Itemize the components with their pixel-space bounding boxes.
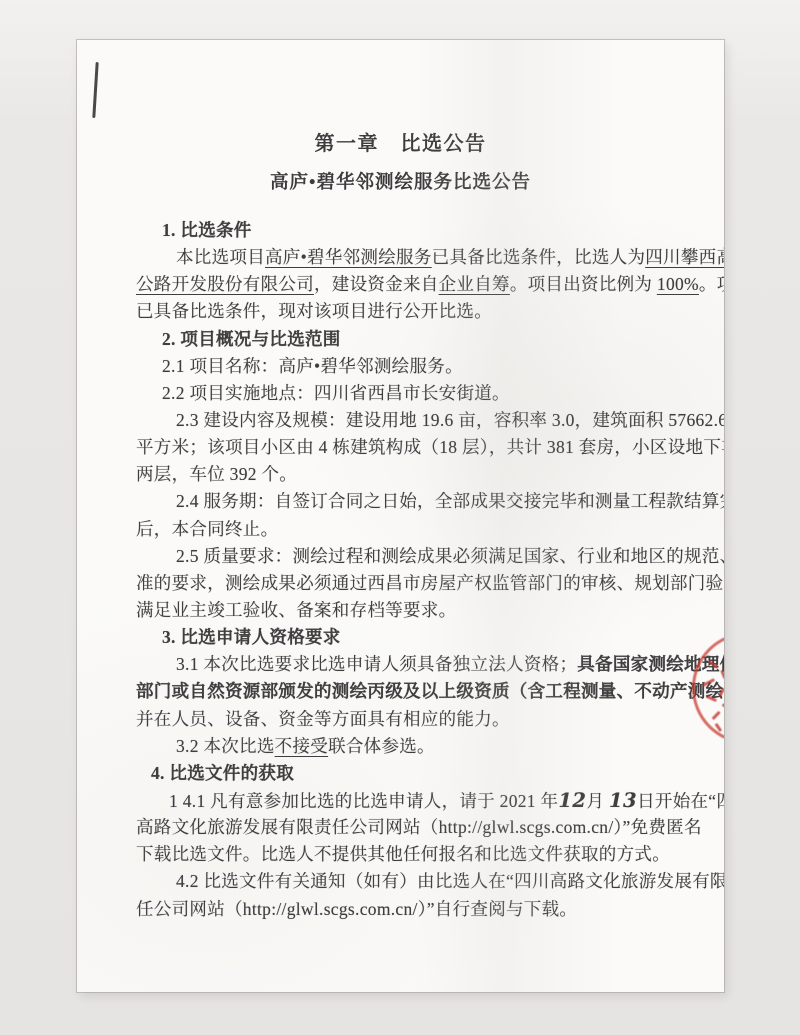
seal-glyph-mark	[708, 660, 718, 669]
text-segment: 高路文化旅游发展有限责任公司网站（http://glwl.scgs.com.cn…	[136, 817, 702, 837]
text-segment: 准的要求，测绘成果必须通过西昌市房屋产权监管部门的审核、规划部门验收，	[136, 573, 724, 593]
text-line: 本比选项目高庐•碧华邻测绘服务已具备比选条件，比选人为四川攀西高速	[136, 244, 696, 271]
text-segment: 平方米；该项目小区由 4 栋建筑构成（18 层），共计 381 套房，小区设地下…	[136, 437, 724, 457]
text-line: 1. 比选条件	[136, 217, 696, 244]
text-segment: 3.1 本次比选要求比选申请人须具备独立法人资格；	[176, 654, 577, 674]
seal-glyph-mark	[721, 670, 724, 679]
text-segment: 1. 比选条件	[162, 220, 252, 240]
scan-background: 第一章 比选公告 高庐•碧华邻测绘服务比选公告 1. 比选条件本比选项目高庐•碧…	[0, 0, 800, 1035]
text-segment: 月	[586, 791, 608, 811]
text-segment: 企业自筹	[439, 274, 510, 294]
text-line: 两层，车位 392 个。	[136, 461, 696, 488]
text-line: 公路开发股份有限公司，建设资金来自企业自筹。项目出资比例为 100%。项目	[136, 271, 696, 298]
text-segment: 日开始在“四川	[637, 791, 724, 811]
text-line: 平方米；该项目小区由 4 栋建筑构成（18 层），共计 381 套房，小区设地下…	[136, 434, 696, 461]
text-line: 2. 项目概况与比选范围	[136, 326, 696, 353]
chapter-title: 第一章 比选公告	[77, 127, 724, 156]
text-line: 3. 比选申请人资格要求	[136, 624, 696, 651]
text-segment: 2.5 质量要求：测绘过程和测绘成果必须满足国家、行业和地区的规范、标	[176, 546, 724, 566]
text-segment: 3.2 本次比选	[176, 736, 275, 756]
text-line: 满足业主竣工验收、备案和存档等要求。	[136, 597, 696, 624]
text-segment: 两层，车位 392 个。	[136, 464, 297, 484]
document-body: 1. 比选条件本比选项目高庐•碧华邻测绘服务已具备比选条件，比选人为四川攀西高速…	[136, 217, 696, 923]
text-line: 高路文化旅游发展有限责任公司网站（http://glwl.scgs.com.cn…	[136, 814, 696, 841]
text-line: 部门或自然资源部颁发的测绘丙级及以上级资质（含工程测量、不动产测绘）；	[136, 678, 696, 705]
text-segment: 下载比选文件。比选人不提供其他任何报名和比选文件获取的方式。	[136, 844, 670, 864]
document-title: 高庐•碧华邻测绘服务比选公告	[77, 168, 724, 194]
text-segment: 部门或自然资源部颁发的测绘丙级及以上级资质（含工程测量、不动产测绘）；	[136, 681, 724, 701]
pen-mark	[92, 62, 98, 118]
seal-glyph-mark	[722, 703, 724, 709]
text-line: 2.5 质量要求：测绘过程和测绘成果必须满足国家、行业和地区的规范、标	[136, 543, 696, 570]
text-line: 准的要求，测绘成果必须通过西昌市房屋产权监管部门的审核、规划部门验收，	[136, 570, 696, 597]
text-line: 4.2 比选文件有关通知（如有）由比选人在“四川高路文化旅游发展有限责	[136, 868, 696, 895]
text-line: 2.3 建设内容及规模：建设用地 19.6 亩，容积率 3.0，建筑面积 576…	[136, 407, 696, 434]
text-line: 1 4.1 凡有意参加比选的比选申请人，请于 2021 年12月 13日开始在“…	[136, 787, 696, 814]
text-line: 2.1 项目名称：高庐•碧华邻测绘服务。	[136, 353, 696, 380]
red-seal-stamp	[692, 632, 724, 744]
text-segment: 本比选项目	[176, 247, 265, 267]
text-line: 下载比选文件。比选人不提供其他任何报名和比选文件获取的方式。	[136, 841, 696, 868]
text-segment: 3. 比选申请人资格要求	[162, 627, 341, 647]
text-line: 2.2 项目实施地点：四川省西昌市长安街道。	[136, 380, 696, 407]
text-segment: 联合体参选。	[328, 736, 435, 756]
text-line: 并在人员、设备、资金等方面具有相应的能力。	[136, 706, 696, 733]
text-segment: 。项目	[699, 274, 724, 294]
text-line: 后，本合同终止。	[136, 516, 696, 543]
seal-glyph-mark	[718, 688, 724, 697]
seal-glyph-mark	[706, 695, 717, 702]
text-segment: 满足业主竣工验收、备案和存档等要求。	[136, 600, 456, 620]
text-segment: 已具备比选条件，比选人为	[432, 247, 646, 267]
text-segment: 不接受	[275, 736, 328, 756]
text-line: 4. 比选文件的获取	[136, 760, 696, 787]
text-segment: 已具备比选条件，现对该项目进行公开比选。	[136, 301, 492, 321]
text-segment: 后，本合同终止。	[136, 519, 278, 539]
text-segment: ，建设资金来自	[314, 274, 439, 294]
text-segment: 4. 比选文件的获取	[151, 763, 294, 783]
seal-glyph-mark	[702, 678, 715, 686]
seal-glyph-mark	[715, 723, 722, 732]
text-segment: 并在人员、设备、资金等方面具有相应的能力。	[136, 709, 510, 729]
text-segment: 1 4.1 凡有意参加比选的比选申请人，请于 2021 年	[169, 791, 558, 811]
text-segment: 。项目出资比例为	[510, 274, 657, 294]
text-segment: 100%	[657, 274, 699, 294]
text-line: 3.1 本次比选要求比选申请人须具备独立法人资格；具备国家测绘地理信息	[136, 651, 696, 678]
handwritten-date: 12	[558, 789, 586, 812]
document-page: 第一章 比选公告 高庐•碧华邻测绘服务比选公告 1. 比选条件本比选项目高庐•碧…	[77, 40, 724, 992]
text-segment: 2.4 服务期：自签订合同之日始，全部成果交接完毕和测量工程款结算完成	[176, 491, 724, 511]
text-line: 3.2 本次比选不接受联合体参选。	[136, 733, 696, 760]
text-segment: 任公司网站（http://glwl.scgs.com.cn/）”自行查阅与下载。	[136, 899, 577, 919]
text-segment: 四川攀西高速	[645, 247, 724, 267]
text-line: 任公司网站（http://glwl.scgs.com.cn/）”自行查阅与下载。	[136, 896, 696, 923]
text-segment: 高庐•碧华邻测绘服务	[265, 247, 432, 267]
text-line: 已具备比选条件，现对该项目进行公开比选。	[136, 298, 696, 325]
text-line: 2.4 服务期：自签订合同之日始，全部成果交接完毕和测量工程款结算完成	[136, 488, 696, 515]
seal-glyph-mark	[712, 711, 721, 720]
text-segment: 公路开发股份有限公司	[136, 274, 314, 294]
text-segment: 4.2 比选文件有关通知（如有）由比选人在“四川高路文化旅游发展有限责	[176, 871, 724, 891]
text-segment: 2.2 项目实施地点：四川省西昌市长安街道。	[162, 383, 510, 403]
handwritten-date: 13	[609, 789, 637, 812]
text-segment: 2. 项目概况与比选范围	[162, 329, 341, 349]
text-segment: 2.1 项目名称：高庐•碧华邻测绘服务。	[162, 356, 463, 376]
text-segment: 2.3 建设内容及规模：建设用地 19.6 亩，容积率 3.0，建筑面积 576…	[176, 410, 724, 430]
